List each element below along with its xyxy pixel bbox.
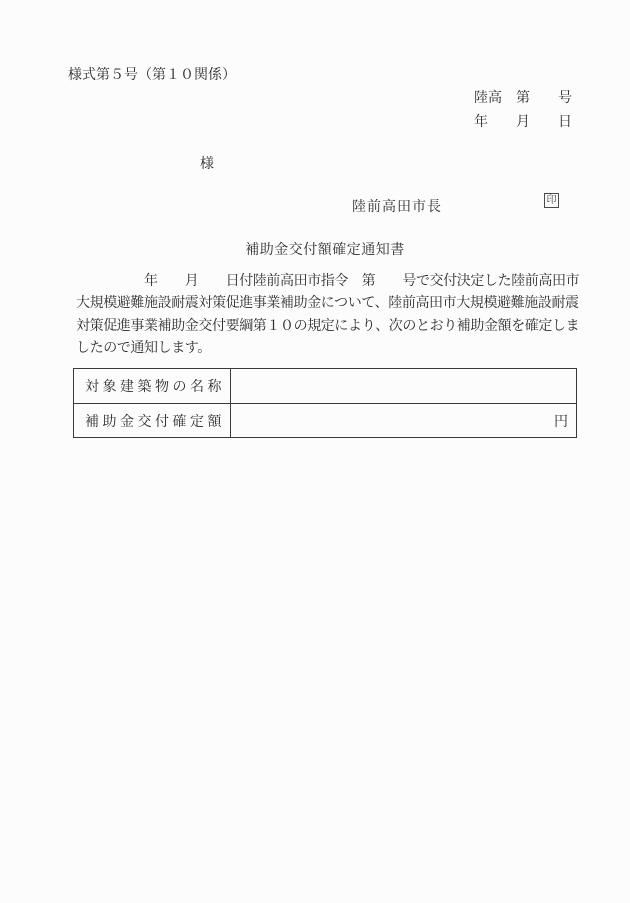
document-page: 様式第５号（第１０関係） 陸高 第 号 年 月 日 様 陸前高田市長 印 補助金… <box>0 0 630 903</box>
date-line: 年 月 日 <box>474 111 572 135</box>
body-paragraph: 年 月 日付陸前高田市指令 第 号で交付決定した陸前高田市 大規模避難施設耐震対… <box>76 271 591 361</box>
sender-title: 陸前高田市長 <box>352 196 442 216</box>
seal-mark: 印 <box>544 193 559 208</box>
grant-amount-label: 補助金交付確定額 <box>74 404 231 437</box>
addressee-honorific: 様 <box>200 153 214 173</box>
body-line: 対策促進事業補助金交付要綱第１０の規定により、次のとおり補助金額を確定しま <box>76 316 591 338</box>
document-title: 補助金交付額確定通知書 <box>73 239 577 259</box>
reference-block: 陸高 第 号 年 月 日 <box>474 87 572 135</box>
doc-number-line: 陸高 第 号 <box>474 87 572 111</box>
grant-amount-value: 円 <box>231 404 576 437</box>
table-row-building-name: 対象建築物の名称 <box>74 369 576 403</box>
table-row-grant-amount: 補助金交付確定額 円 <box>74 403 576 437</box>
form-number-note: 様式第５号（第１０関係） <box>68 64 236 84</box>
building-name-value <box>231 369 576 403</box>
summary-table: 対象建築物の名称 補助金交付確定額 円 <box>73 368 577 438</box>
body-line: 大規模避難施設耐震対策促進事業補助金について、陸前高田市大規模避難施設耐震 <box>76 293 591 315</box>
building-name-label: 対象建築物の名称 <box>74 369 231 403</box>
body-line: したので通知します。 <box>76 338 591 360</box>
body-line: 年 月 日付陸前高田市指令 第 号で交付決定した陸前高田市 <box>76 271 591 293</box>
